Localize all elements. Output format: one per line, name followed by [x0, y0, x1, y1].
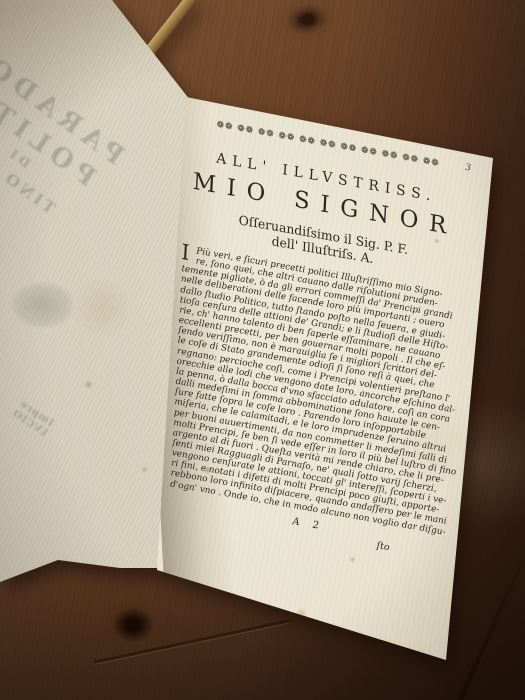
- printed-page-content: ❁❁ ❁❁ ❁❁ ❁❁ ❁❁ ❁❁ ❁❁ ❁❁ ❁❁ ❁❁ ❁❁ 3 ALL' …: [169, 106, 468, 563]
- handwritten-folio-mark: 3: [465, 163, 471, 174]
- open-book: PARADO POLITI DI TINO DOC Impre LVCIO ❁❁…: [0, 0, 525, 700]
- showthrough-imprint-text: Impre LVCIO: [0, 384, 77, 454]
- dedication-body-text: I Più veri, e ſicuri precetti politici I…: [170, 244, 461, 538]
- drop-cap-initial: I: [181, 242, 190, 265]
- foxing-stain: [76, 272, 128, 344]
- foxing-spot: [295, 608, 308, 619]
- foxing-spot: [349, 556, 356, 563]
- showthrough-title-text: PARADO POLITI DI TINO DOC: [0, 26, 160, 256]
- photo-of-open-antique-book: PARADO POLITI DI TINO DOC Impre LVCIO ❁❁…: [0, 0, 525, 700]
- showthrough-vignette-blot: [12, 282, 74, 328]
- foxing-spot: [84, 380, 93, 389]
- foxing-spot: [141, 466, 148, 473]
